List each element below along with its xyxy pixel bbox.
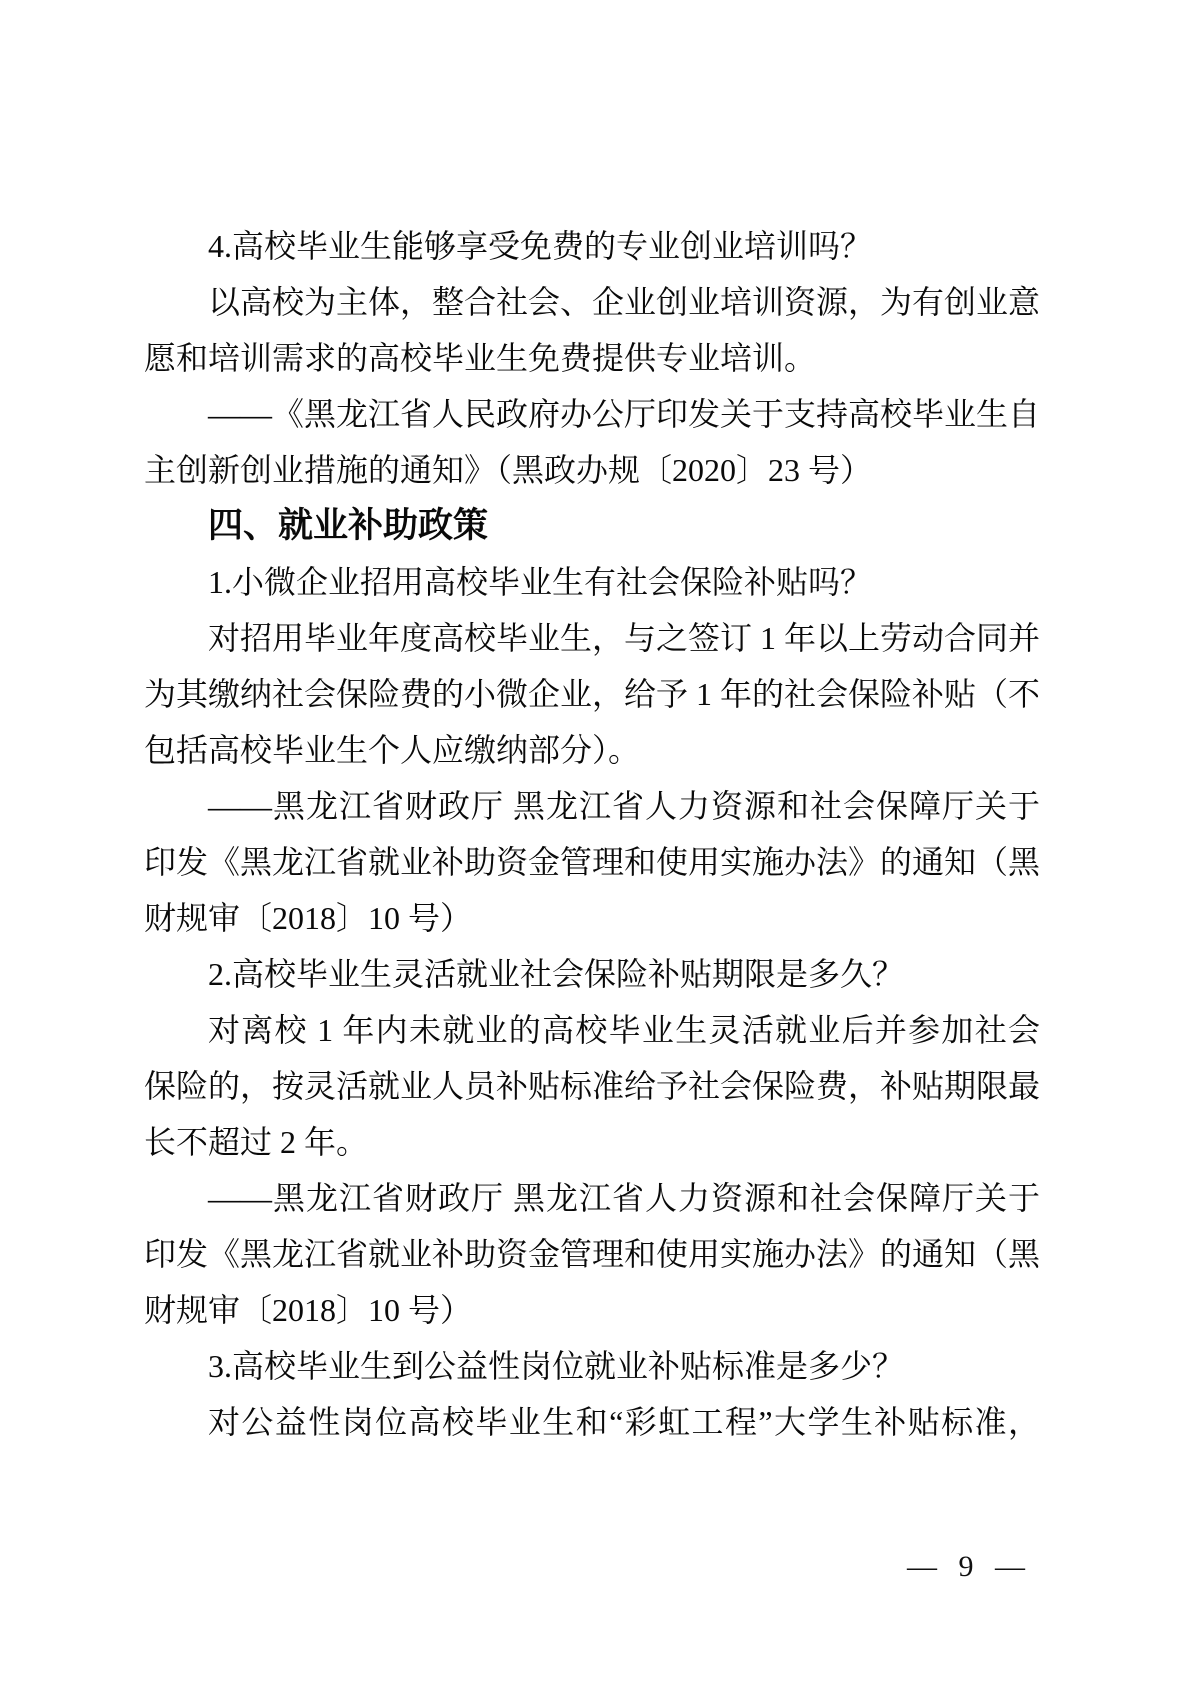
text-line: ——《黑龙江省人民政府办公厅印发关于支持高校毕业生自: [144, 386, 1040, 442]
text-line: 对招用毕业年度高校毕业生，与之签订 1 年以上劳动合同并: [144, 610, 1040, 666]
text-line: 印发《黑龙江省就业补助资金管理和使用实施办法》的通知（黑: [144, 1226, 1040, 1282]
text-line: 印发《黑龙江省就业补助资金管理和使用实施办法》的通知（黑: [144, 834, 1040, 890]
document-body: 4.高校毕业生能够享受免费的专业创业培训吗？以高校为主体，整合社会、企业创业培训…: [144, 218, 1040, 1450]
section-heading-line: 四、就业补助政策: [144, 498, 1040, 554]
text-line: 以高校为主体，整合社会、企业创业培训资源，为有创业意: [144, 274, 1040, 330]
text-line: 包括高校毕业生个人应缴纳部分）。: [144, 722, 1040, 778]
text-line: ——黑龙江省财政厅 黑龙江省人力资源和社会保障厅关于: [144, 1170, 1040, 1226]
document-page: 4.高校毕业生能够享受免费的专业创业培训吗？以高校为主体，整合社会、企业创业培训…: [0, 0, 1190, 1683]
text-line: 2.高校毕业生灵活就业社会保险补贴期限是多久？: [144, 946, 1040, 1002]
text-line: 愿和培训需求的高校毕业生免费提供专业培训。: [144, 330, 1040, 386]
text-line: 1.小微企业招用高校毕业生有社会保险补贴吗？: [144, 554, 1040, 610]
text-line: ——黑龙江省财政厅 黑龙江省人力资源和社会保障厅关于: [144, 778, 1040, 834]
text-line: 保险的，按灵活就业人员补贴标准给予社会保险费，补贴期限最: [144, 1058, 1040, 1114]
text-line: 长不超过 2 年。: [144, 1114, 1040, 1170]
text-line: 主创新创业措施的通知》（黑政办规〔2020〕23 号）: [144, 442, 1040, 498]
text-line: 3.高校毕业生到公益性岗位就业补贴标准是多少？: [144, 1338, 1040, 1394]
text-line: 为其缴纳社会保险费的小微企业，给予 1 年的社会保险补贴（不: [144, 666, 1040, 722]
text-line: 财规审〔2018〕10 号）: [144, 890, 1040, 946]
page-number: — 9 —: [907, 1550, 1025, 1584]
text-line: 对离校 1 年内未就业的高校毕业生灵活就业后并参加社会: [144, 1002, 1040, 1058]
text-line: 财规审〔2018〕10 号）: [144, 1282, 1040, 1338]
text-line: 对公益性岗位高校毕业生和“彩虹工程”大学生补贴标准，: [144, 1394, 1040, 1450]
text-line: 4.高校毕业生能够享受免费的专业创业培训吗？: [144, 218, 1040, 274]
